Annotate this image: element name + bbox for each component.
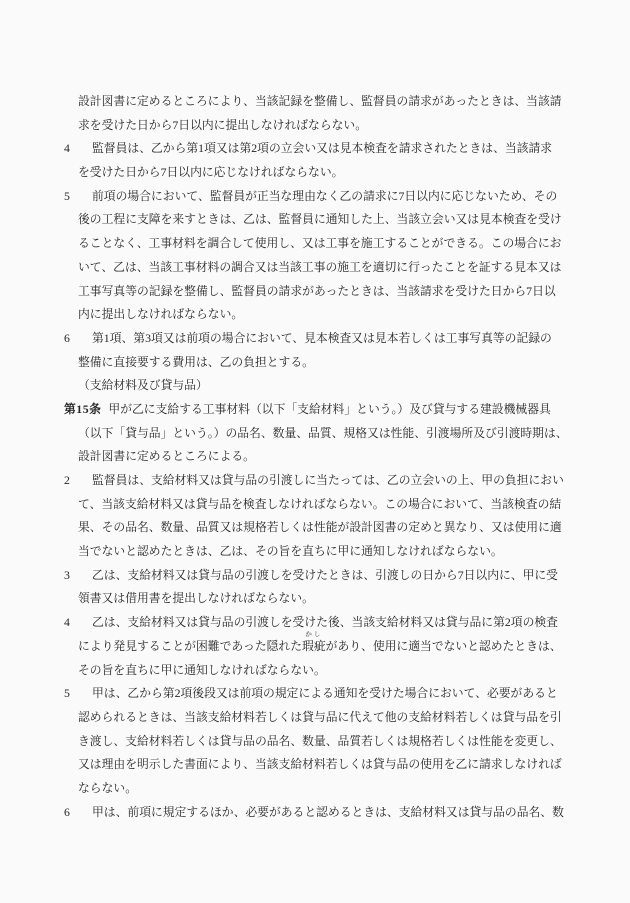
paragraph-number: 2 [64,469,77,493]
text-line: 5甲は、乙から第2項後段又は前項の規定による通知を受けた場合において、必要がある… [64,682,569,706]
line-text: 乙は、支給材料又は貸与品の引渡しを受けたときは、引渡しの日から7日以内に、甲に受 [92,568,558,582]
contract-text-block: 設計図書に定めるところにより、当該記録を整備し、監督員の請求があったときは、当該… [64,90,569,824]
paragraph-number: 4 [64,611,77,635]
text-line: 設計図書に定めるところによる。 [64,445,569,469]
line-text: いて、乙は、当該工事材料の調合又は当該工事の施工を適切に行ったことを証する見本又… [78,260,561,274]
line-text: ることなく、工事材料を調合して使用し、又は工事を施工することができる。この場合に… [78,236,561,250]
line-text: 甲は、前項に規定するほか、必要があると認めるときは、支給材料又は貸与品の品名、数 [92,805,564,819]
article-number: 第15条 [64,402,101,416]
text-line: 4監督員は、乙から第1項又は第2項の立会い又は見本検査を請求されたときは、当該請… [64,137,569,161]
line-text: 設計図書に定めるところにより、当該記録を整備し、監督員の請求があったときは、当該… [78,94,562,108]
text-line: 6甲は、前項に規定するほか、必要があると認めるときは、支給材料又は貸与品の品名、… [64,801,569,825]
paragraph-number: 6 [64,801,77,825]
line-text: き渡し、支給材料若しくは貸与品の品名、数量、品質若しくは規格若しくは性能を変更し… [78,734,562,748]
text-line: （支給材料及び貸与品） [64,374,569,398]
line-text: 内に提出しなければならない。 [78,307,243,321]
furigana-reading: かし [305,632,322,639]
paragraph-number: 6 [64,327,77,351]
text-line: ることなく、工事材料を調合して使用し、又は工事を施工することができる。この場合に… [64,232,569,256]
text-line: 認められるときは、当該支給材料若しくは貸与品に代えて他の支給材料若しくは貸与品を… [64,706,569,730]
line-text: により発見することが困難であった隠れたかし瑕疵があり、使用に適当でないと認めたと… [78,639,562,653]
text-line: て、当該支給材料又は貸与品を検査しなければならない。この場合において、当該検査の… [64,493,569,517]
line-text: 認められるときは、当該支給材料若しくは貸与品に代えて他の支給材料若しくは貸与品を… [78,710,562,724]
line-text: 乙は、支給材料又は貸与品の引渡しを受けた後、当該支給材料又は貸与品に第2項の検査 [92,615,558,629]
line-text: 監督員は、乙から第1項又は第2項の立会い又は見本検査を請求されたときは、当該請求 [92,141,552,155]
line-text: 監督員は、支給材料又は貸与品の引渡しに当たっては、乙の立会いの上、甲の負担におい [92,473,564,487]
paragraph-number: 4 [64,137,77,161]
text-line: 2監督員は、支給材料又は貸与品の引渡しに当たっては、乙の立会いの上、甲の負担にお… [64,469,569,493]
line-text: ならない。 [78,781,137,795]
contract-page: 設計図書に定めるところにより、当該記録を整備し、監督員の請求があったときは、当該… [0,0,630,903]
line-text: を受けた日から7日以内に応じなければならない。 [78,165,343,179]
line-text: 当でないと認めたときは、乙は、その旨を直ちに甲に通知しなければならない。 [78,544,503,558]
paragraph-number: 5 [64,185,77,209]
line-text: 工事写真等の記録を整備し、監督員の請求があったときは、当該請求を受けた日から7日… [78,284,556,298]
text-line: 内に提出しなければならない。 [64,303,569,327]
line-text: その旨を直ちに甲に通知しなければならない。 [78,663,326,677]
text-line: その旨を直ちに甲に通知しなければならない。 [64,659,569,683]
line-text: （支給材料及び貸与品） [78,378,208,392]
line-text: 前項の場合において、監督員が正当な理由なく乙の請求に7日以内に応じないため、その [92,189,557,203]
text-line: 又は理由を明示した書面により、当該支給材料若しくは貸与品の使用を乙に請求しなけれ… [64,753,569,777]
text-line: （以下「貸与品」という。）の品名、数量、品質、規格又は性能、引渡場所及び引渡時期… [64,422,569,446]
line-text: 整備に直接要する費用は、乙の負担とする。 [78,355,314,369]
line-text: 求を受けた日から7日以内に提出しなければならない。 [78,118,367,132]
text-line: 6第1項、第3項又は前項の場合において、見本検査又は見本若しくは工事写真等の記録… [64,327,569,351]
line-text: 領書又は借用書を提出しなければならない。 [78,591,314,605]
text-line: 領書又は借用書を提出しなければならない。 [64,587,569,611]
line-text: 甲が乙に支給する工事材料（以下「支給材料」という。）及び貸与する建設機械器具 [108,402,550,416]
line-text: て、当該支給材料又は貸与品を検査しなければならない。この場合において、当該検査の… [78,497,561,511]
text-line: 整備に直接要する費用は、乙の負担とする。 [64,351,569,375]
line-text: （以下「貸与品」という。）の品名、数量、品質、規格又は性能、引渡場所及び引渡時期… [78,426,568,440]
text-line: 3乙は、支給材料又は貸与品の引渡しを受けたときは、引渡しの日から7日以内に、甲に… [64,564,569,588]
text-line: 第15条甲が乙に支給する工事材料（以下「支給材料」という。）及び貸与する建設機械… [64,398,569,422]
text-line: き渡し、支給材料若しくは貸与品の品名、数量、品質若しくは規格若しくは性能を変更し… [64,730,569,754]
line-text: 後の工程に支障を来すときは、乙は、監督員に通知した上、当該立会い又は見本検査を受… [78,212,562,226]
paragraph-number: 3 [64,564,77,588]
line-text: 又は理由を明示した書面により、当該支給材料若しくは貸与品の使用を乙に請求しなけれ… [78,757,562,771]
text-line: ならない。 [64,777,569,801]
text-line: 設計図書に定めるところにより、当該記録を整備し、監督員の請求があったときは、当該… [64,90,569,114]
text-line: により発見することが困難であった隠れたかし瑕疵があり、使用に適当でないと認めたと… [64,635,569,659]
text-line: 後の工程に支障を来すときは、乙は、監督員に通知した上、当該立会い又は見本検査を受… [64,208,569,232]
line-text: 果、その品名、数量、品質又は規格若しくは性能が設計図書の定めと異なり、又は使用に… [78,520,562,534]
line-text: 甲は、乙から第2項後段又は前項の規定による通知を受けた場合において、必要があると [92,686,558,700]
line-text: 設計図書に定めるところによる。 [78,449,255,463]
text-line: 5前項の場合において、監督員が正当な理由なく乙の請求に7日以内に応じないため、そ… [64,185,569,209]
text-line: 果、その品名、数量、品質又は規格若しくは性能が設計図書の定めと異なり、又は使用に… [64,516,569,540]
text-line: 求を受けた日から7日以内に提出しなければならない。 [64,114,569,138]
text-line: を受けた日から7日以内に応じなければならない。 [64,161,569,185]
line-text: 第1項、第3項又は前項の場合において、見本検査又は見本若しくは工事写真等の記録の [92,331,552,345]
text-line: いて、乙は、当該工事材料の調合又は当該工事の施工を適切に行ったことを証する見本又… [64,256,569,280]
furigana-term: かし瑕疵 [302,639,326,653]
paragraph-number: 5 [64,682,77,706]
text-line: 当でないと認めたときは、乙は、その旨を直ちに甲に通知しなければならない。 [64,540,569,564]
text-line: 工事写真等の記録を整備し、監督員の請求があったときは、当該請求を受けた日から7日… [64,280,569,304]
